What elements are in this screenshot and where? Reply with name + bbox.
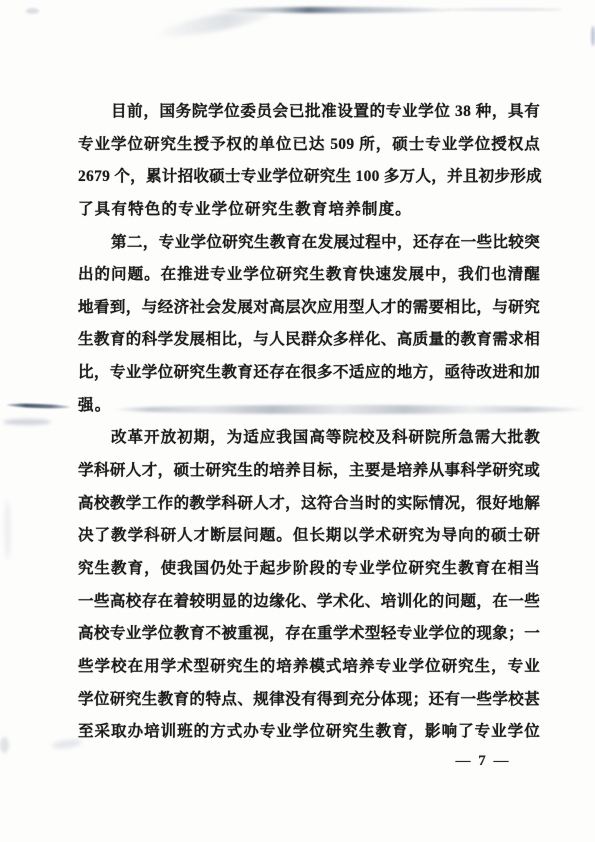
text-line: 比，专业学位研究生教育还存在很多不适应的地方，亟待改进和加 bbox=[78, 357, 540, 390]
scan-smudge-top-tail bbox=[445, 8, 563, 11]
scan-smudge-top-streak bbox=[213, 7, 451, 13]
text-line: 一些高校存在着较明显的边缘化、学术化、培训化的问题，在一些 bbox=[78, 586, 540, 619]
text-line: 目前，国务院学位委员会已批准设置的专业学位 38 种，具有 bbox=[78, 96, 540, 129]
scan-smudge-mid-dark-line bbox=[7, 403, 70, 409]
scan-smudge-bottom-left bbox=[0, 737, 9, 753]
text-line: 高校专业学位教育不被重视，存在重学术型轻专业学位的现象；一 bbox=[78, 618, 540, 651]
text-line: 第二，专业学位研究生教育在发展过程中，还存在一些比较突 bbox=[78, 227, 540, 260]
text-line: 生教育的科学发展相比，与人民群众多样化、高质量的教育需求相 bbox=[78, 324, 540, 357]
scan-smudge-top-left-dot bbox=[26, 8, 39, 14]
text-line: 出的问题。在推进专业学位研究生教育快速发展中，我们也清醒 bbox=[78, 259, 540, 292]
text-line: 专业学位研究生授予权的单位已达 509 所，硕士专业学位授权点 bbox=[78, 129, 540, 162]
scan-smudge-top-diagonal bbox=[158, 4, 274, 42]
text-line: 学位研究生教育的特点、规律没有得到充分体现；还有一些学校甚 bbox=[78, 684, 540, 717]
text-line: 决了教学科研人才断层问题。但长期以学术研究为导向的硕士研 bbox=[78, 520, 540, 553]
scanned-page: 目前，国务院学位委员会已批准设置的专业学位 38 种，具有专业学位研究生授予权的… bbox=[0, 0, 595, 842]
scan-smudge-left-edge bbox=[5, 500, 10, 560]
document-text: 目前，国务院学位委员会已批准设置的专业学位 38 种，具有专业学位研究生授予权的… bbox=[78, 96, 540, 749]
text-line: 学科研人才，硕士研究生的培养目标，主要是培养从事科学研究或 bbox=[78, 455, 540, 488]
text-line: 2679 个，累计招收硕士专业学位研究生 100 多万人，并且初步形成 bbox=[78, 161, 540, 194]
page-number: — 7 — bbox=[448, 750, 518, 772]
scan-smudge-mid-lower bbox=[3, 419, 51, 425]
text-line: 强。 bbox=[78, 390, 540, 423]
text-line: 改革开放初期，为适应我国高等院校及科研院所急需大批教 bbox=[78, 422, 540, 455]
text-line: 地看到，与经济社会发展对高层次应用型人才的需要相比，与研究 bbox=[78, 292, 540, 325]
text-line: 究生教育，使我国仍处于起步阶段的专业学位研究生教育在相当 bbox=[78, 553, 540, 586]
text-line: 高校教学工作的教学科研人才，这符合当时的实际情况，很好地解 bbox=[78, 488, 540, 521]
text-line: 了具有特色的专业学位研究生教育培养制度。 bbox=[78, 194, 540, 227]
text-line: 至采取办培训班的方式办专业学位研究生教育，影响了专业学位 bbox=[78, 716, 540, 749]
text-line: 些学校在用学术型研究生的培养模式培养专业学位研究生，专业 bbox=[78, 651, 540, 684]
scan-smudge-right-edge bbox=[591, 26, 595, 46]
